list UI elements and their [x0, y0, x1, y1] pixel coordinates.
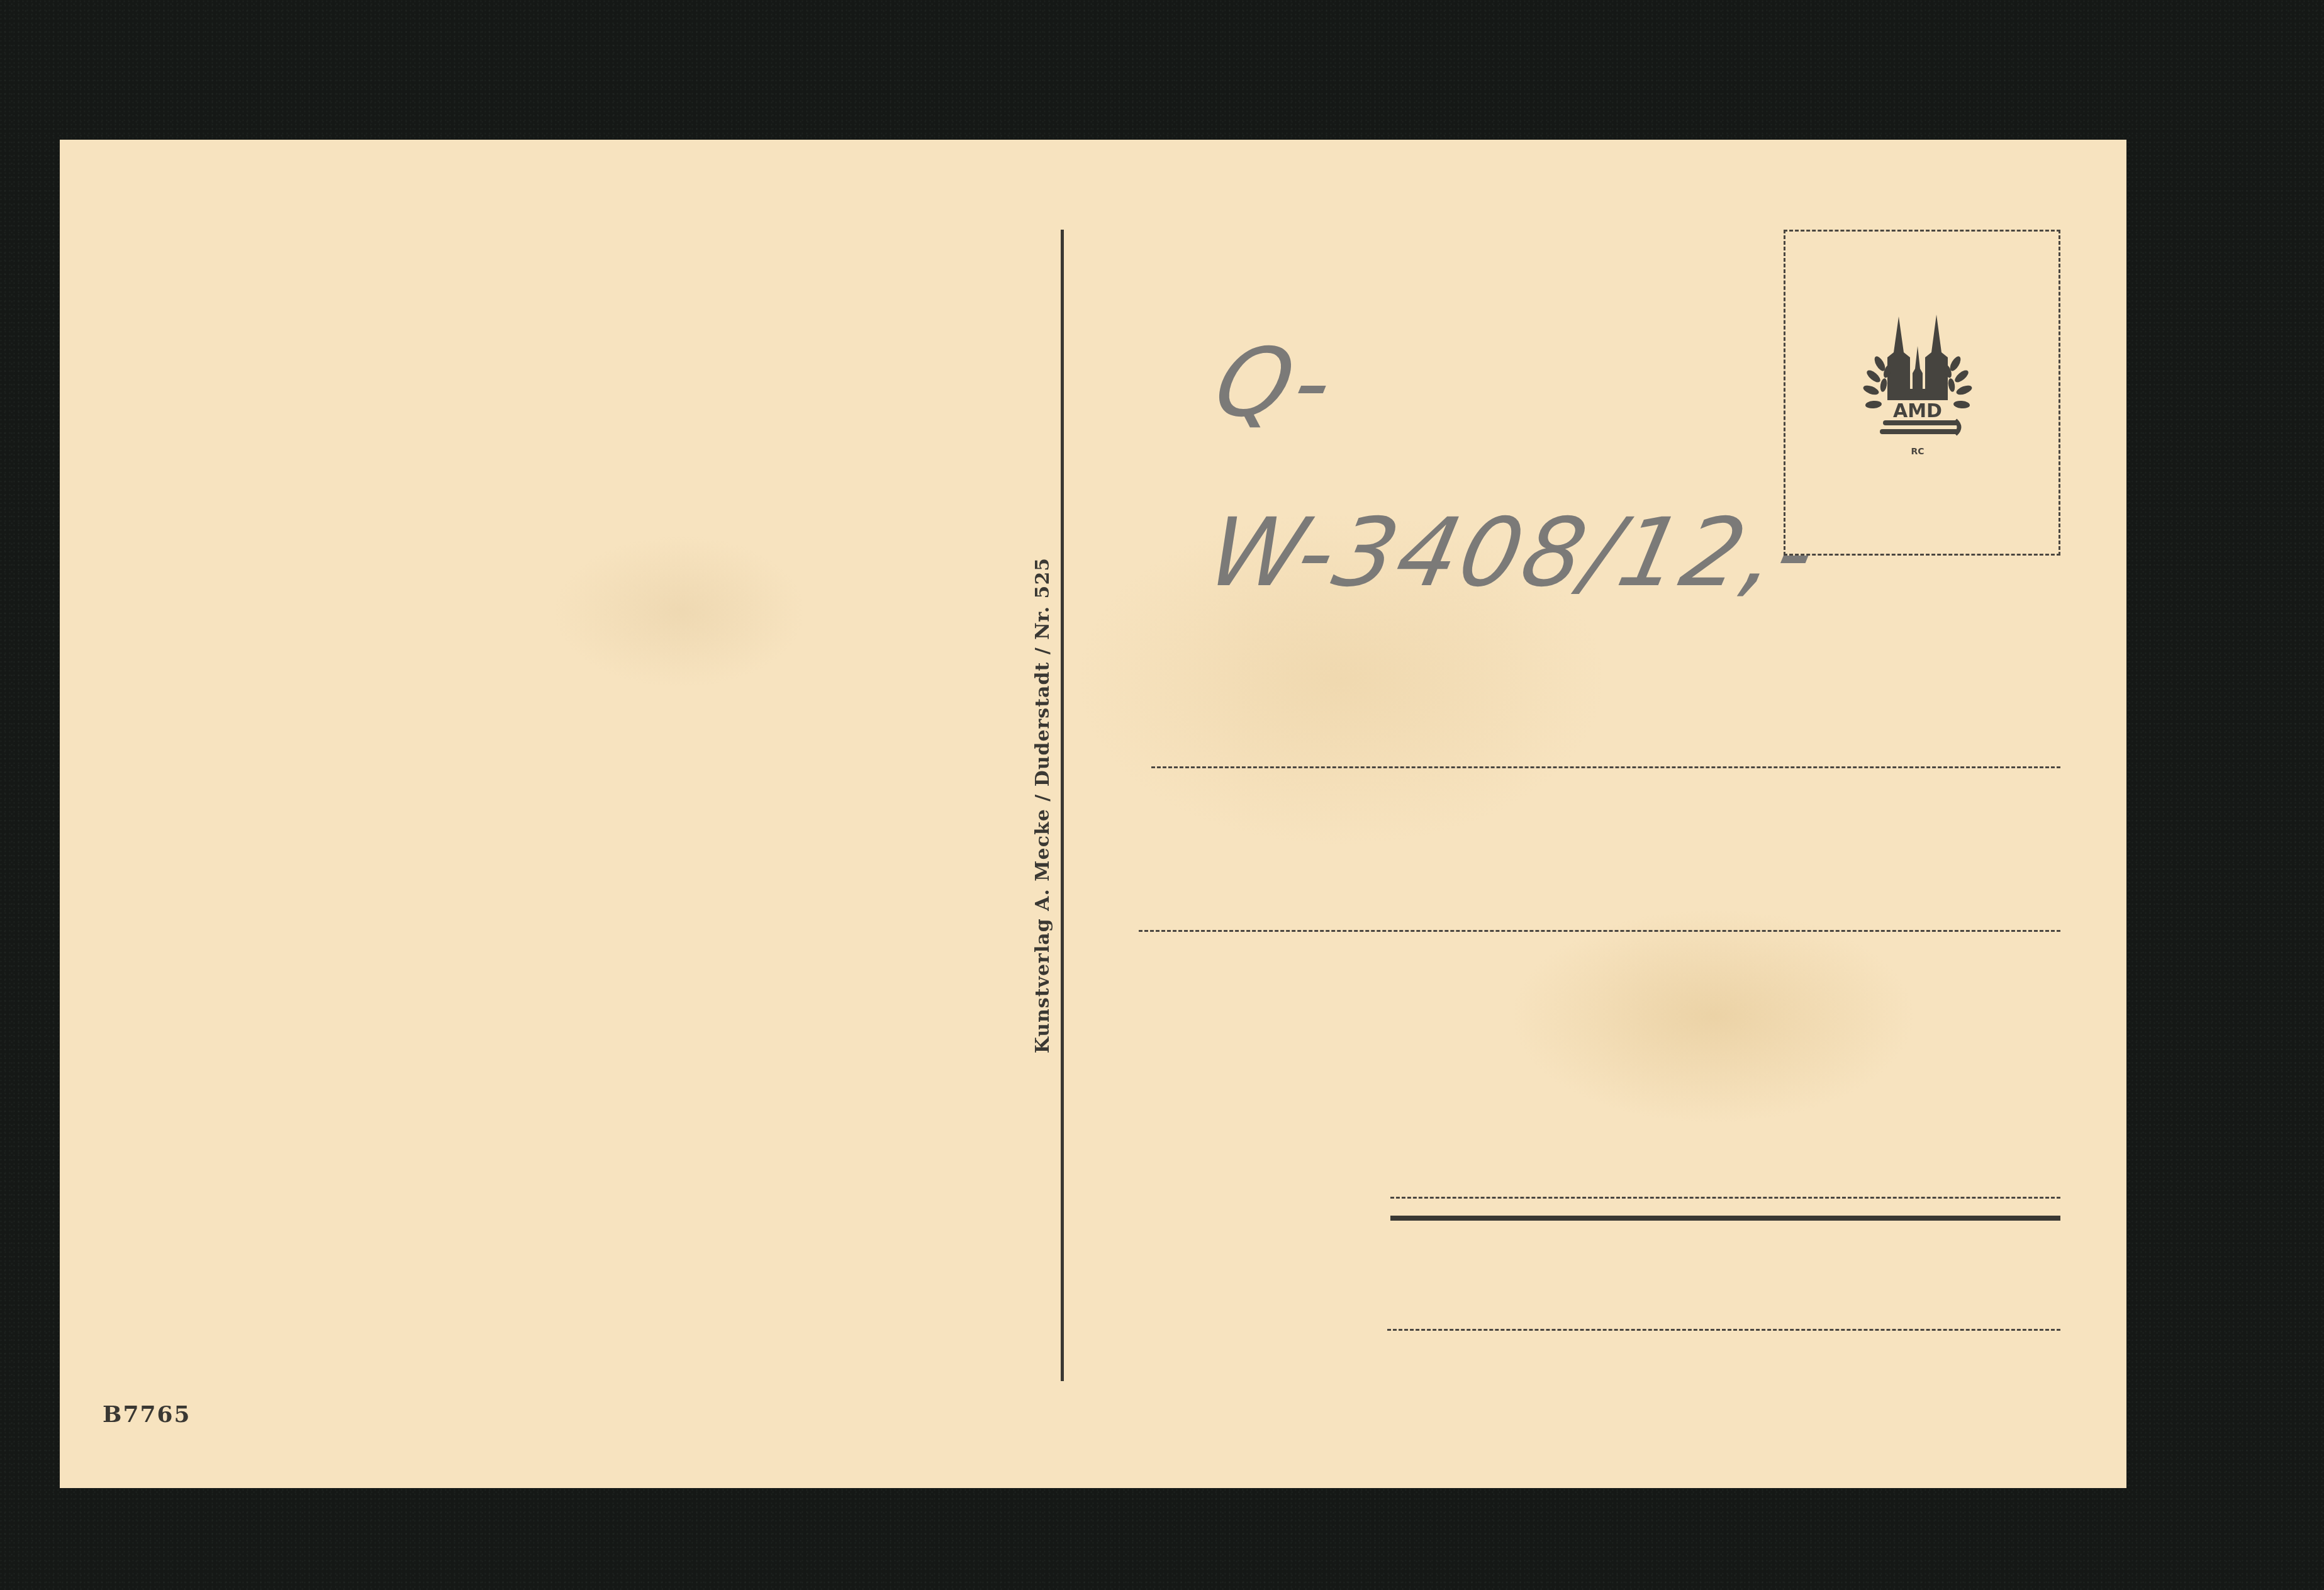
- logo-subtext: RC: [1855, 447, 1980, 457]
- address-line-4: [1387, 1329, 2060, 1331]
- address-line-2: [1139, 930, 2060, 932]
- pencil-note-2: W-3408/12,-: [1200, 498, 1827, 608]
- address-line-3: [1390, 1197, 2060, 1199]
- stamp-box: AMD RC: [1784, 230, 2060, 556]
- postcard-back: Kunstverlag A. Mecke / Duderstadt / Nr. …: [60, 140, 2126, 1488]
- twin-spire-church-laurel-icon: AMD: [1855, 301, 1980, 445]
- logo-letters: AMD: [1893, 400, 1942, 422]
- catalog-code: B7765: [103, 1401, 191, 1428]
- center-divider-line: [1061, 230, 1064, 1381]
- publisher-logo: AMD RC: [1855, 301, 1980, 458]
- pencil-note-1: Q-: [1206, 328, 1344, 438]
- publisher-imprint-text: Kunstverlag A. Mecke / Duderstadt / Nr. …: [1032, 552, 1054, 1058]
- address-line-1: [1151, 766, 2060, 768]
- address-line-underline: [1390, 1216, 2060, 1221]
